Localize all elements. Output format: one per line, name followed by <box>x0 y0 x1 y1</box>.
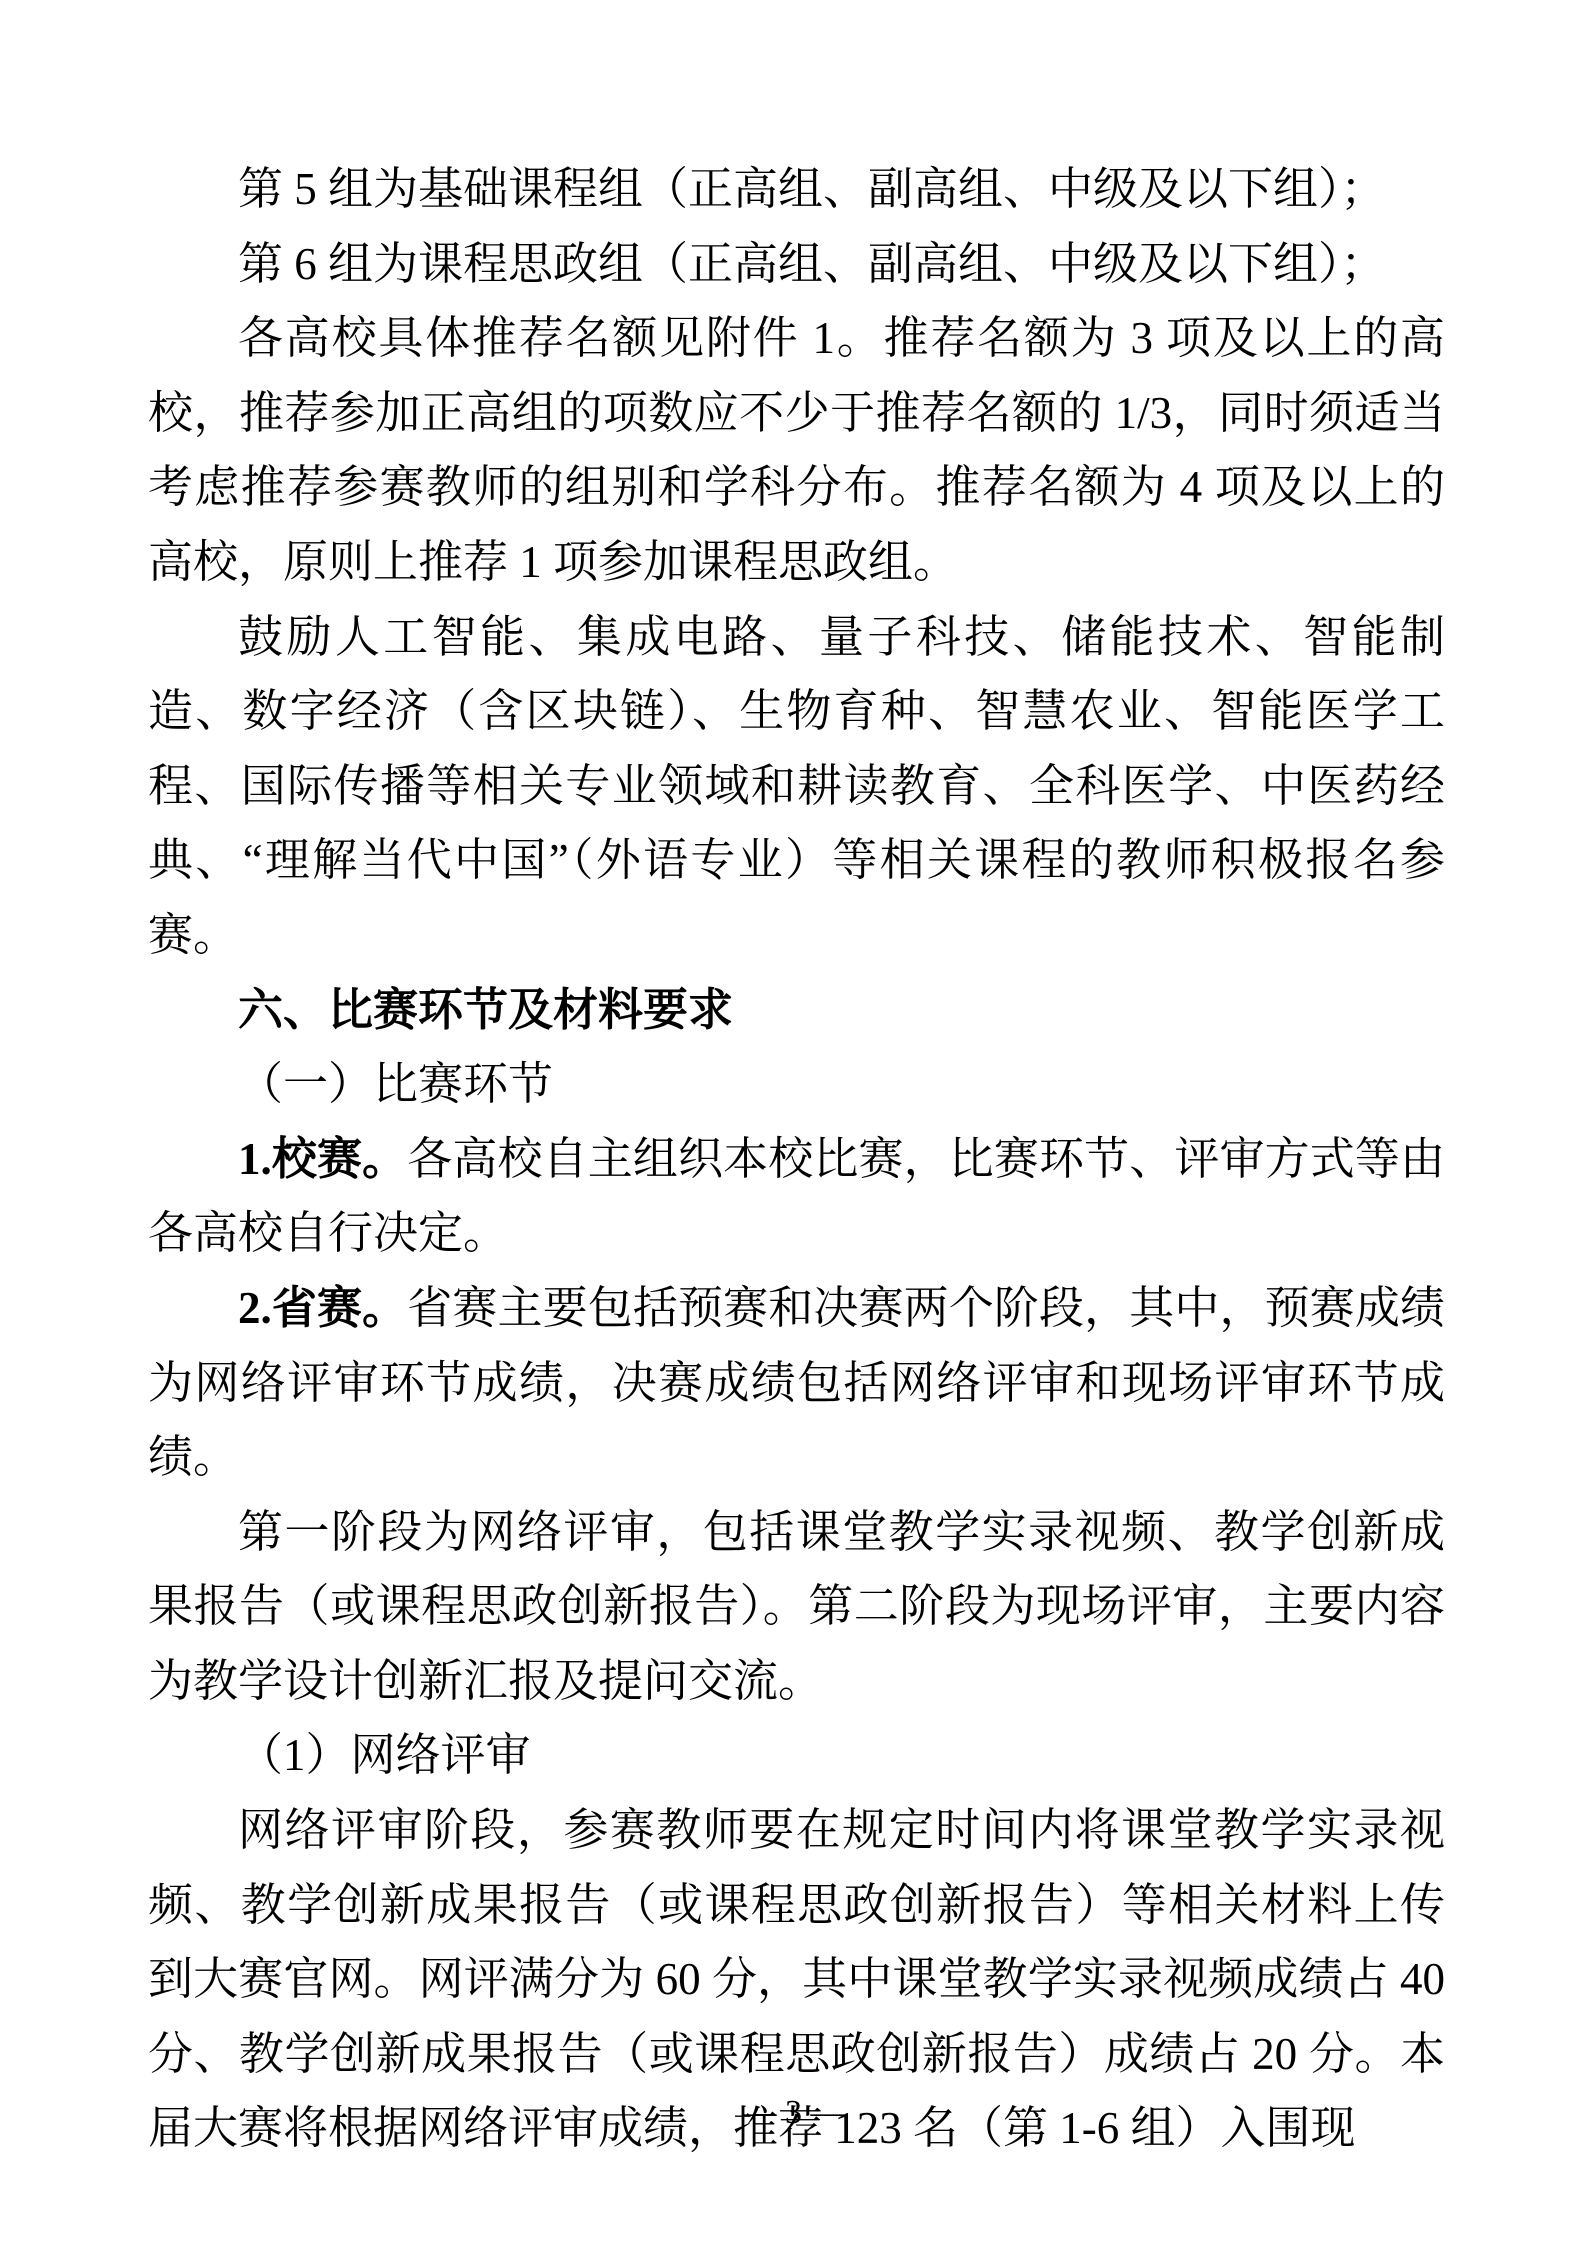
paragraph-group5: 第 5 组为基础课程组（正高组、副高组、中级及以下组）； <box>148 152 1445 227</box>
page-number: — 3 — <box>0 2093 1587 2133</box>
paragraph-province-round: 2.省赛。省赛主要包括预赛和决赛两个阶段，其中，预赛成绩为网络评审环节成绩，决赛… <box>148 1271 1445 1495</box>
document-body: 第 5 组为基础课程组（正高组、副高组、中级及以下组）； 第 6 组为课程思政组… <box>148 152 1445 2166</box>
paragraph-stages-detail: 第一阶段为网络评审，包括课堂教学实录视频、教学创新成果报告（或课程思政创新报告）… <box>148 1495 1445 1719</box>
document-page: 第 5 组为基础课程组（正高组、副高组、中级及以下组）； 第 6 组为课程思政组… <box>0 0 1587 2245</box>
paragraph-school-round: 1.校赛。各高校自主组织本校比赛，比赛环节、评审方式等由各高校自行决定。 <box>148 1122 1445 1271</box>
run-in-heading-province-round: 2.省赛。 <box>238 1283 407 1333</box>
paragraph-encourage: 鼓励人工智能、集成电路、量子科技、储能技术、智能制造、数字经济（含区块链）、生物… <box>148 600 1445 973</box>
run-in-heading-school-round: 1.校赛。 <box>238 1134 407 1184</box>
section-heading-competition-stages: 六、比赛环节及材料要求 <box>148 973 1445 1048</box>
subsection-heading-competition-stages: （一）比赛环节 <box>148 1047 1445 1122</box>
paragraph-quota: 各高校具体推荐名额见附件 1。推荐名额为 3 项及以上的高校，推荐参加正高组的项… <box>148 301 1445 599</box>
paragraph-group6: 第 6 组为课程思政组（正高组、副高组、中级及以下组）； <box>148 227 1445 302</box>
subheading-online-review: （1）网络评审 <box>148 1718 1445 1793</box>
